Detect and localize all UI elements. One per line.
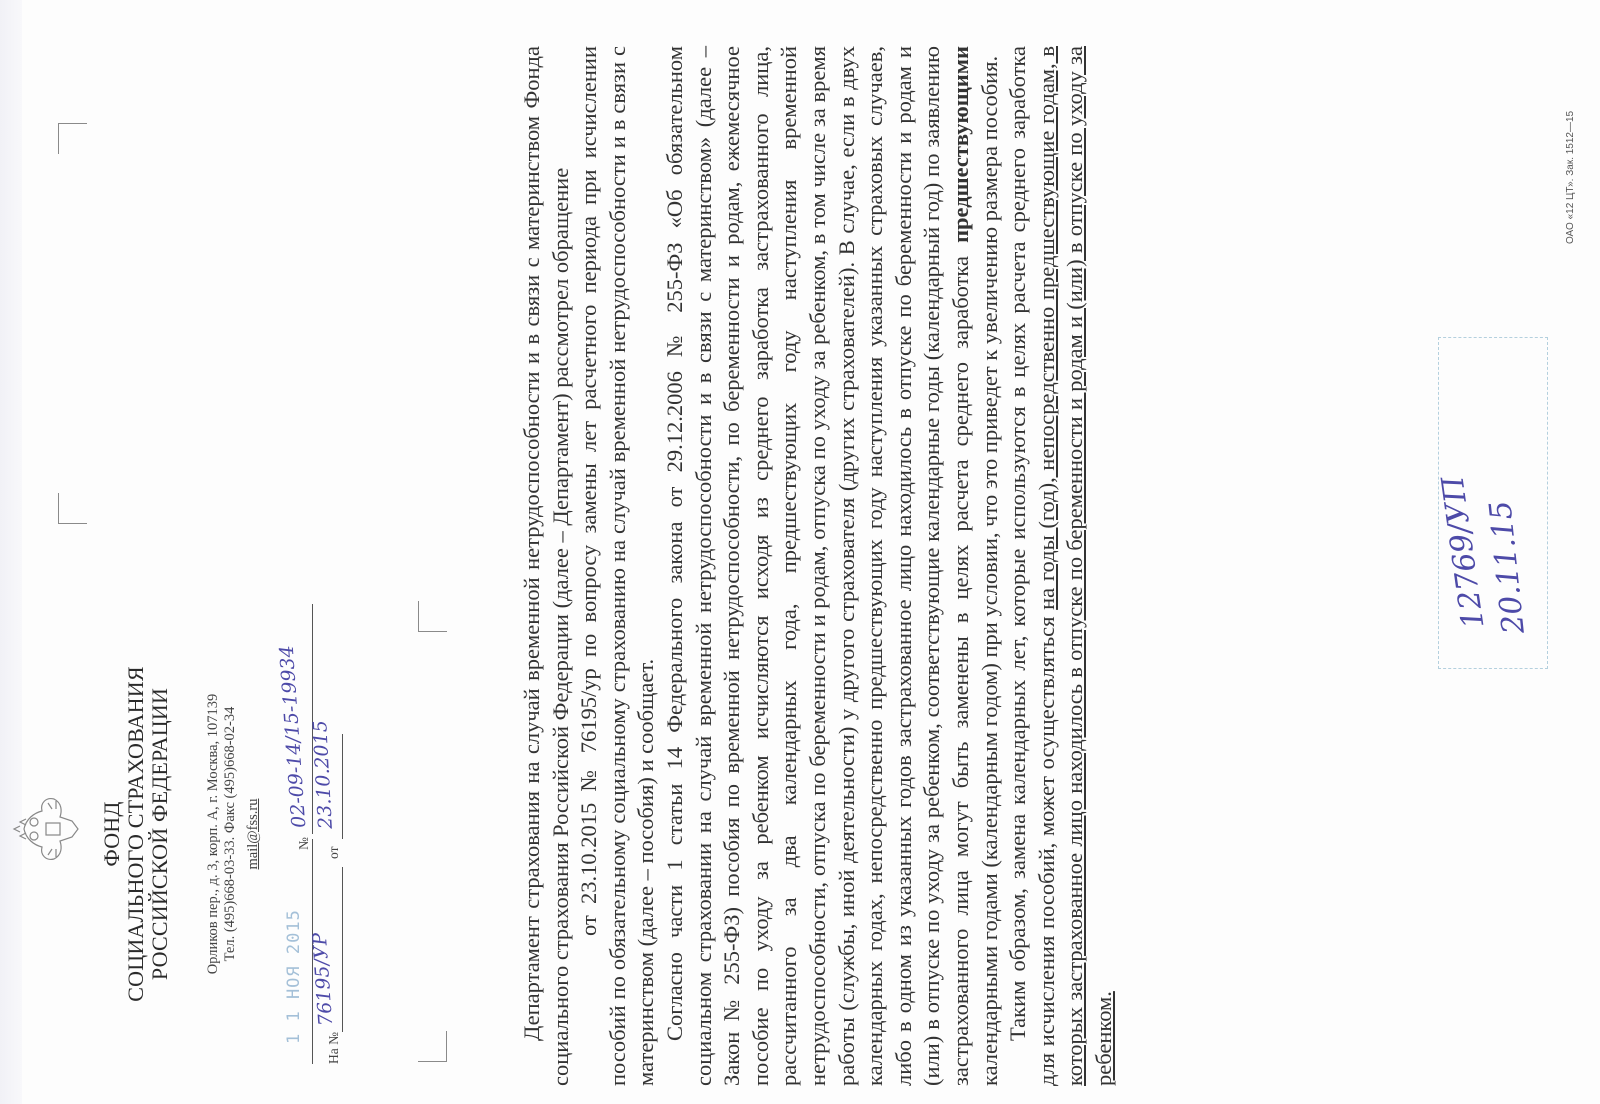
coat-of-arms-icon xyxy=(12,789,92,869)
paragraph: Согласно части 1 статьи 14 Федерального … xyxy=(661,46,1004,1086)
phone-line: Тел. (495)668-03-33. Факс (495)668-02-34 xyxy=(222,584,239,1084)
email-link[interactable]: mail@fss.ru xyxy=(245,564,262,1104)
reply-to-label: На № xyxy=(326,1032,342,1064)
org-line: РОССИЙСКОЙ ФЕДЕРАЦИИ xyxy=(148,584,172,1084)
paragraph: от 23.10.2015 № 76195/ур по вопросу заме… xyxy=(575,46,661,1086)
scan-edge xyxy=(0,0,22,1104)
emphasized-word: предшествующими xyxy=(948,46,973,243)
corner-mark xyxy=(418,601,447,632)
received-date-stamp: 1 1 НОЯ 2015 xyxy=(284,909,304,1044)
paragraph: Департамент страхования на случай времен… xyxy=(518,46,575,1086)
org-line: СОЦИАЛЬНОГО СТРАХОВАНИЯ xyxy=(124,584,148,1084)
corner-mark xyxy=(418,1031,447,1062)
reply-date-line xyxy=(342,734,343,839)
letter-body: Департамент страхования на случай времен… xyxy=(518,46,1118,1086)
outgoing-number: 02-09-14/15-19934 xyxy=(276,645,311,829)
reply-date: 23.10.2015 xyxy=(309,720,337,830)
organization-name: ФОНД СОЦИАЛЬНОГО СТРАХОВАНИЯ РОССИЙСКОЙ … xyxy=(100,584,172,1084)
org-line: ФОНД xyxy=(100,584,124,1084)
paragraph-text: календарными годами (календарным годом) … xyxy=(977,56,1002,1086)
paragraph-text: Согласно части 1 статьи 14 Федерального … xyxy=(662,46,973,1086)
address-line: Орликов пер., д. 3, корп. А, г. Москва, … xyxy=(205,584,222,1084)
corner-mark xyxy=(58,493,87,524)
corner-mark xyxy=(58,123,87,154)
paragraph: Таким образом, замена календарных лет, к… xyxy=(1004,46,1118,1086)
address-block: Орликов пер., д. 3, корп. А, г. Москва, … xyxy=(205,584,239,1084)
reply-number-line xyxy=(342,867,343,1032)
letter-sheet: ФОНД СОЦИАЛЬНОГО СТРАХОВАНИЯ РОССИЙСКОЙ … xyxy=(0,0,1600,1104)
reply-to-number: 76195/УР xyxy=(309,932,337,1027)
print-mark: ОАО «12 ЦТ». Зак. 1512—15 xyxy=(1565,111,1576,244)
reply-date-label: от xyxy=(326,847,342,859)
outgoing-number-label: № xyxy=(296,837,312,850)
